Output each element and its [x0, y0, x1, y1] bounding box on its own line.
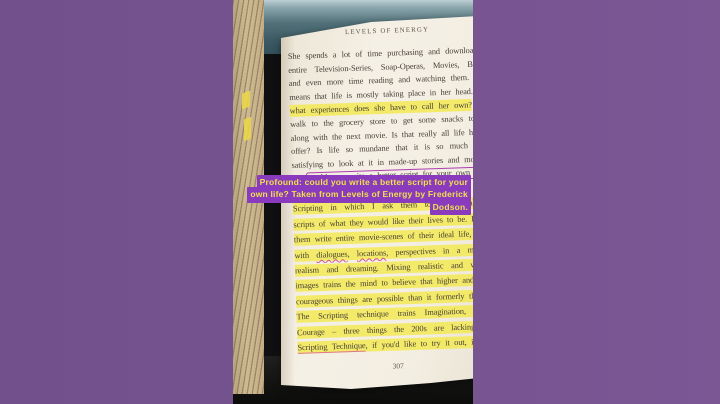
paragraph: Scripting in which I ask them to write e… [293, 195, 473, 355]
highlight-edge-mark [242, 90, 250, 109]
caption-overlay: Profound: could you write a better scrip… [245, 175, 471, 212]
paragraph: She spends a lot of time purchasing and … [288, 43, 473, 185]
running-header: LEVELS OF ENERGY [287, 23, 473, 40]
book-photo: LEVELS OF ENERGY She spends a lot of tim… [233, 0, 473, 404]
page-number: 307 [298, 358, 473, 374]
caption-text-line: Dodson. [430, 200, 471, 215]
highlight-edge-mark [244, 117, 251, 142]
